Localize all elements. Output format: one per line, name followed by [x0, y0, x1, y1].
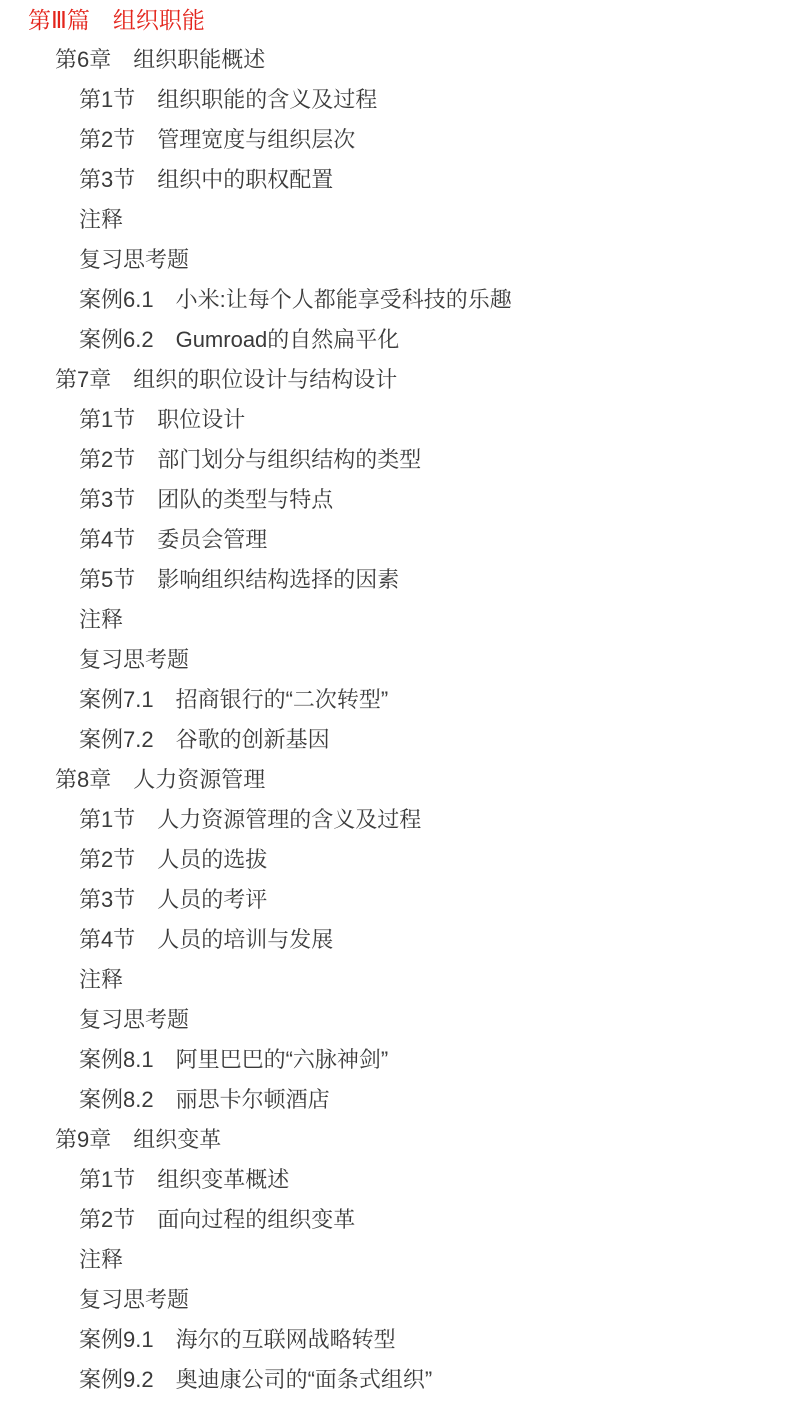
- toc-entry[interactable]: 注释: [0, 1240, 790, 1280]
- toc-entry[interactable]: 第1节 组织职能的含义及过程: [0, 80, 790, 120]
- toc-entry[interactable]: 注释: [0, 200, 790, 240]
- toc-entry[interactable]: 注释: [0, 960, 790, 1000]
- toc-entry[interactable]: 第2节 面向过程的组织变革: [0, 1200, 790, 1240]
- toc-entry[interactable]: 第5节 影响组织结构选择的因素: [0, 560, 790, 600]
- toc-chapter-9[interactable]: 第9章 组织变革: [0, 1120, 790, 1160]
- toc-entry[interactable]: 第2节 管理宽度与组织层次: [0, 120, 790, 160]
- toc-part-title[interactable]: 第Ⅲ篇 组织职能: [0, 0, 790, 40]
- toc-entry[interactable]: 案例6.1 小米:让每个人都能享受科技的乐趣: [0, 280, 790, 320]
- toc-entry[interactable]: 案例8.1 阿里巴巴的“六脉神剑”: [0, 1040, 790, 1080]
- toc-entry[interactable]: 案例7.1 招商银行的“二次转型”: [0, 680, 790, 720]
- toc-entry[interactable]: 第3节 人员的考评: [0, 880, 790, 920]
- toc-entry[interactable]: 案例6.2 Gumroad的自然扁平化: [0, 320, 790, 360]
- toc-entry[interactable]: 第3节 组织中的职权配置: [0, 160, 790, 200]
- toc-entry[interactable]: 第1节 人力资源管理的含义及过程: [0, 800, 790, 840]
- toc-chapter-8[interactable]: 第8章 人力资源管理: [0, 760, 790, 800]
- toc-entry[interactable]: 案例8.2 丽思卡尔顿酒店: [0, 1080, 790, 1120]
- toc-chapter-6[interactable]: 第6章 组织职能概述: [0, 40, 790, 80]
- toc-chapter-7[interactable]: 第7章 组织的职位设计与结构设计: [0, 360, 790, 400]
- toc-entry[interactable]: 注释: [0, 600, 790, 640]
- toc-entry[interactable]: 第1节 职位设计: [0, 400, 790, 440]
- toc-entry[interactable]: 第2节 部门划分与组织结构的类型: [0, 440, 790, 480]
- toc-entry[interactable]: 案例9.2 奥迪康公司的“面条式组织”: [0, 1360, 790, 1400]
- toc-entry[interactable]: 第3节 团队的类型与特点: [0, 480, 790, 520]
- toc-entry[interactable]: 案例7.2 谷歌的创新基因: [0, 720, 790, 760]
- toc-entry[interactable]: 第2节 人员的选拔: [0, 840, 790, 880]
- toc-entry[interactable]: 复习思考题: [0, 1000, 790, 1040]
- table-of-contents: 第Ⅲ篇 组织职能 第6章 组织职能概述 第1节 组织职能的含义及过程 第2节 管…: [0, 0, 790, 1400]
- toc-entry[interactable]: 案例9.1 海尔的互联网战略转型: [0, 1320, 790, 1360]
- toc-entry[interactable]: 第1节 组织变革概述: [0, 1160, 790, 1200]
- toc-entry[interactable]: 复习思考题: [0, 240, 790, 280]
- toc-entry[interactable]: 复习思考题: [0, 640, 790, 680]
- toc-entry[interactable]: 第4节 委员会管理: [0, 520, 790, 560]
- toc-entry[interactable]: 第4节 人员的培训与发展: [0, 920, 790, 960]
- toc-entry[interactable]: 复习思考题: [0, 1280, 790, 1320]
